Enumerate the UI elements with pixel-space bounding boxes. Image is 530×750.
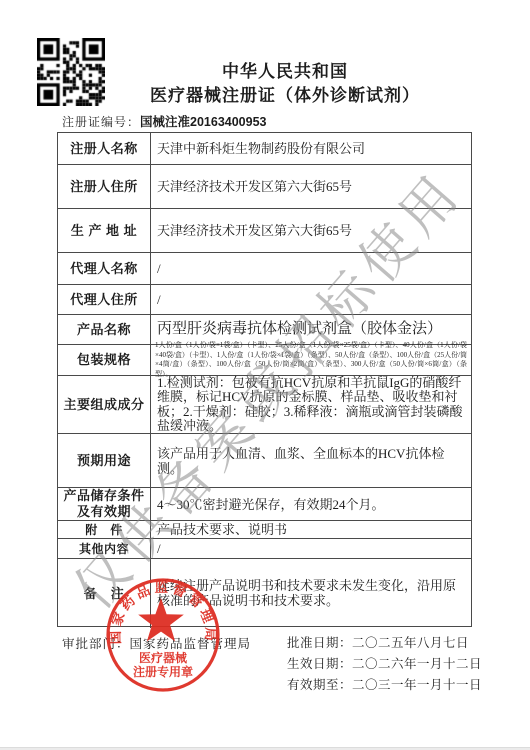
table-row: 附 件产品技术要求、说明书 xyxy=(58,520,471,538)
title-country: 中华人民共和国 xyxy=(40,60,530,84)
row-value: 4～30℃密封避光保存，有效期24个月。 xyxy=(151,488,471,520)
table-row: 主要组成成分1.检测试剂：包被有抗HCV抗原和羊抗鼠IgG的硝酸纤维膜，标记HC… xyxy=(58,375,471,433)
row-value: 1人份/盒（1人份/袋×1袋/盒）（卡型）、25人份/盒（1人份/袋×25袋/盒… xyxy=(151,345,471,375)
row-value: / xyxy=(151,253,471,284)
stamp-line2: 注册专用章 xyxy=(133,664,193,679)
row-value: 产品技术要求、说明书 xyxy=(151,521,471,538)
table-row: 其他内容/ xyxy=(58,538,471,558)
approval-date: 批准日期：二〇二五年八月七日 xyxy=(287,633,482,654)
row-label: 代理人住所 xyxy=(58,285,151,314)
official-stamp-icon: 国家药品监督管理局 医疗器械 注册专用章 xyxy=(104,576,224,696)
table-row: 包装规格1人份/盒（1人份/袋×1袋/盒）（卡型）、25人份/盒（1人份/袋×2… xyxy=(58,344,471,375)
row-label: 产品储存条件及有效期 xyxy=(58,488,151,520)
stamp-line1: 医疗器械 xyxy=(139,650,188,665)
certificate-page: 中华人民共和国 医疗器械注册证（体外诊断试剂） 注册证编号：国械注准201634… xyxy=(0,0,530,750)
row-value: 丙型肝炎病毒抗体检测试剂盒（胶体金法） xyxy=(151,315,471,344)
row-value: / xyxy=(151,285,471,314)
row-label: 主要组成成分 xyxy=(58,376,151,433)
title-cert-type: 医疗器械注册证（体外诊断试剂） xyxy=(40,84,530,108)
star-icon xyxy=(138,598,184,641)
row-label: 注册人住所 xyxy=(58,165,151,208)
table-row: 代理人名称/ xyxy=(58,252,471,284)
row-label: 注册人名称 xyxy=(58,133,151,164)
row-label: 附 件 xyxy=(58,521,151,538)
row-value: 天津经济技术开发区第六大街65号 xyxy=(151,209,471,252)
effective-date: 生效日期：二〇二六年一月十二日 xyxy=(287,654,482,675)
row-label: 生 产 地 址 xyxy=(58,209,151,252)
table-row: 产品名称丙型肝炎病毒抗体检测试剂盒（胶体金法） xyxy=(58,314,471,344)
row-label: 产品名称 xyxy=(58,315,151,344)
row-label: 其他内容 xyxy=(58,539,151,558)
row-label: 包装规格 xyxy=(58,345,151,375)
certificate-number: 注册证编号：国械注准20163400953 xyxy=(62,112,267,130)
date-block: 批准日期：二〇二五年八月七日 生效日期：二〇二六年一月十二日 有效期至：二〇三一… xyxy=(287,633,482,696)
table-row: 预期用途该产品用于人血清、血浆、全血标本的HCV抗体检测。 xyxy=(58,433,471,487)
document-title: 中华人民共和国 医疗器械注册证（体外诊断试剂） xyxy=(40,60,530,108)
certificate-number-value: 国械注准20163400953 xyxy=(140,115,266,129)
row-label: 代理人名称 xyxy=(58,253,151,284)
row-value: 1.检测试剂：包被有抗HCV抗原和羊抗鼠IgG的硝酸纤维膜，标记HCV抗原的金标… xyxy=(151,376,471,433)
table-row: 产品储存条件及有效期4～30℃密封避光保存，有效期24个月。 xyxy=(58,487,471,520)
expiry-date: 有效期至：二〇三一年一月十一日 xyxy=(287,675,482,696)
table-row: 注册人住所天津经济技术开发区第六大街65号 xyxy=(58,164,471,208)
table-row: 生 产 地 址天津经济技术开发区第六大街65号 xyxy=(58,208,471,252)
row-value: 该产品用于人血清、血浆、全血标本的HCV抗体检测。 xyxy=(151,434,471,487)
table-row: 代理人住所/ xyxy=(58,284,471,314)
certificate-number-label: 注册证编号： xyxy=(62,115,140,129)
certificate-table: 注册人名称天津中新科炬生物制药股份有限公司 注册人住所天津经济技术开发区第六大街… xyxy=(57,132,472,627)
row-value: 天津经济技术开发区第六大街65号 xyxy=(151,165,471,208)
table-row: 注册人名称天津中新科炬生物制药股份有限公司 xyxy=(58,133,471,164)
row-label: 预期用途 xyxy=(58,434,151,487)
row-value: / xyxy=(151,539,471,558)
row-value: 天津中新科炬生物制药股份有限公司 xyxy=(151,133,471,164)
